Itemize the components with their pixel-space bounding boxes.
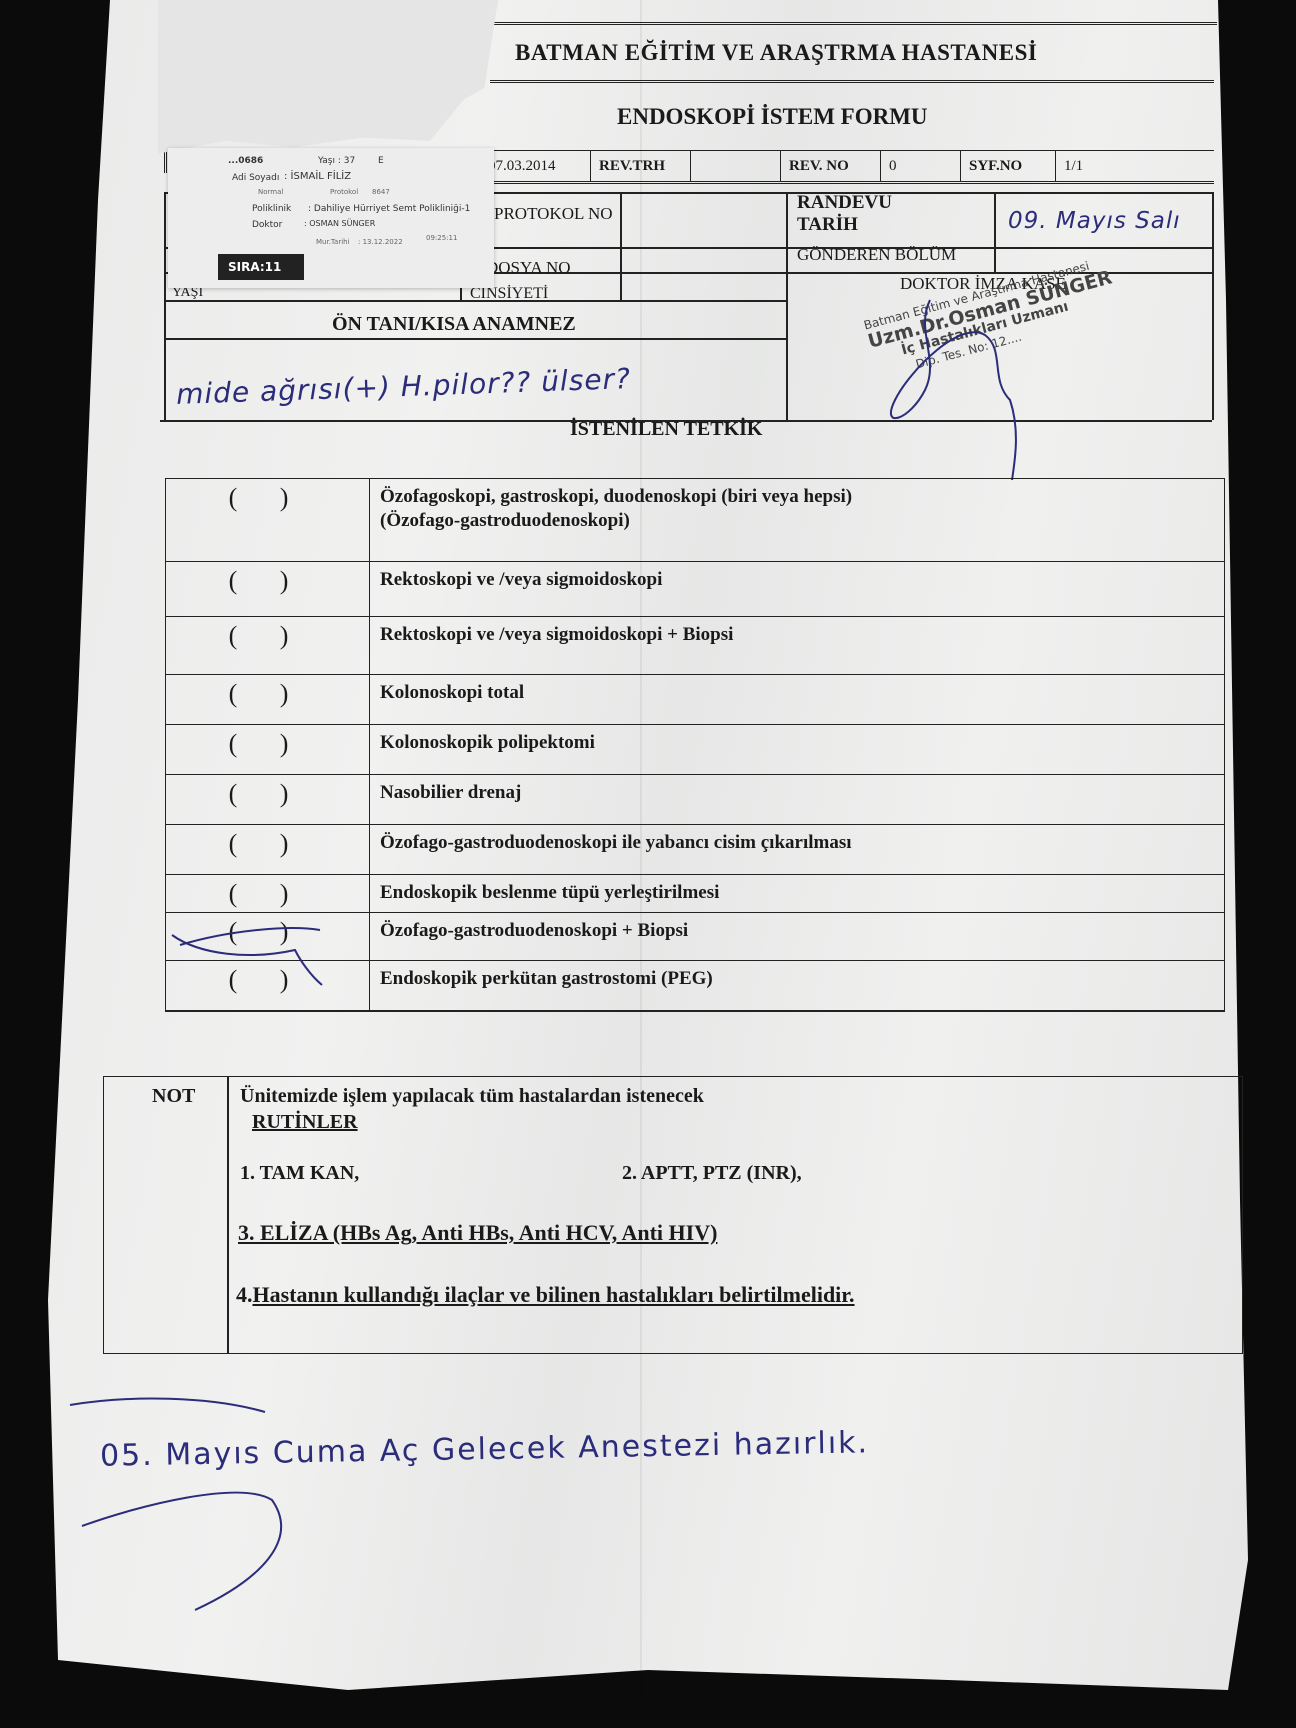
- note-intro: Ünitemizde işlem yapılacak tüm hastalard…: [240, 1085, 704, 1108]
- test-row: ( )Özofago-gastroduodenoskopi + Biopsi: [165, 912, 1225, 960]
- test-row: ( )Rektoskopi ve /veya sigmoidoskopi + B…: [165, 616, 1225, 674]
- test-checkbox[interactable]: ( ): [165, 479, 370, 561]
- test-label: Nasobilier drenaj: [380, 781, 521, 805]
- referring-dept-label: GÖNDEREN BÖLÜM: [797, 245, 956, 265]
- test-checkbox[interactable]: ( ): [165, 875, 370, 912]
- test-row: ( )Endoskopik perkütan gastrostomi (PEG): [165, 960, 1225, 1010]
- test-label: Özofago-gastroduodenoskopi ile yabancı c…: [380, 831, 852, 855]
- anamnesis-label: ÖN TANI/KISA ANAMNEZ: [332, 313, 576, 336]
- requested-tests-title: İSTENİLEN TETKİK: [570, 418, 763, 441]
- test-checkbox[interactable]: ( ): [165, 617, 370, 674]
- test-row: ( )Endoskopik beslenme tüpü yerleştirilm…: [165, 874, 1225, 912]
- test-label: Özofagoskopi, gastroskopi, duodenoskopi …: [380, 485, 852, 533]
- table-border: [1224, 775, 1226, 824]
- rev-date-value[interactable]: [690, 151, 780, 181]
- test-checkbox-checked[interactable]: ( ): [165, 913, 370, 960]
- protocol-no-label: PROTOKOL NO: [494, 204, 613, 224]
- grid-line: [786, 192, 788, 420]
- grid-line: [164, 192, 166, 420]
- test-label: Özofago-gastroduodenoskopi + Biopsi: [380, 919, 688, 943]
- test-checkbox[interactable]: ( ): [165, 725, 370, 774]
- test-label: Kolonoskopik polipektomi: [380, 731, 595, 755]
- appointment-date-value[interactable]: 09. Mayıs Salı: [1008, 208, 1181, 234]
- test-checkbox[interactable]: ( ): [165, 562, 370, 616]
- rev-date-label: REV.TRH: [590, 151, 690, 181]
- test-row: ( )Nasobilier drenaj: [165, 774, 1225, 824]
- form-title: ENDOSKOPİ İSTEM FORMU: [617, 104, 928, 130]
- queue-number-badge: SIRA:11: [218, 254, 304, 280]
- test-row: ( )Özofagoskopi, gastroskopi, duodenosko…: [165, 478, 1225, 561]
- table-border: [1224, 617, 1226, 674]
- routines-title: RUTİNLER: [252, 1111, 358, 1134]
- grid-line: [994, 192, 996, 272]
- patient-label-sticker: ...0686 Yaşı : 37 E Adi Soyadı : İSMAİL …: [168, 148, 494, 288]
- routine-item-2: 2. APTT, PTZ (INR),: [622, 1162, 802, 1185]
- test-label: Endoskopik beslenme tüpü yerleştirilmesi: [380, 881, 719, 905]
- table-border: [1224, 675, 1226, 724]
- file-no-label: DOSYA NO: [486, 258, 571, 278]
- hospital-name: BATMAN EĞİTİM VE ARAŞTRMA HASTANESİ: [515, 40, 1037, 66]
- appointment-label: RANDEVU TARİH: [797, 192, 892, 236]
- table-border: [1224, 875, 1226, 912]
- test-row: ( )Kolonoskopik polipektomi: [165, 724, 1225, 774]
- table-border: [165, 1010, 1225, 1012]
- table-border: [1224, 725, 1226, 774]
- test-checkbox[interactable]: ( ): [165, 775, 370, 824]
- note-box: NOT Ünitemizde işlem yapılacak tüm hasta…: [103, 1076, 1243, 1354]
- table-border: [1224, 825, 1226, 874]
- test-label: Endoskopik perkütan gastrostomi (PEG): [380, 967, 713, 991]
- revision-row: 07.03.2014 REV.TRH REV. NO 0 SYF.NO 1/1: [480, 150, 1214, 184]
- note-label: NOT: [152, 1085, 195, 1108]
- routine-item-4: 4.Hastanın kullandığı ilaçlar ve bilinen…: [236, 1282, 855, 1308]
- test-row: ( )Rektoskopi ve /veya sigmoidoskopi: [165, 561, 1225, 616]
- rev-no-label: REV. NO: [780, 151, 880, 181]
- test-row: ( )Kolonoskopi total: [165, 674, 1225, 724]
- note-divider: [227, 1077, 229, 1353]
- test-label: Rektoskopi ve /veya sigmoidoskopi: [380, 568, 662, 592]
- grid-line: [620, 192, 622, 302]
- patient-name: : İSMAİL FİLİZ: [284, 171, 351, 182]
- rev-no-value: 0: [880, 151, 960, 181]
- table-border: [1224, 479, 1226, 561]
- form-date: 07.03.2014: [480, 151, 590, 181]
- test-label: Rektoskopi ve /veya sigmoidoskopi + Biop…: [380, 623, 733, 647]
- grid-line: [1212, 192, 1214, 420]
- test-row: ( )Özofago-gastroduodenoskopi ile yabanc…: [165, 824, 1225, 874]
- test-checkbox[interactable]: ( ): [165, 675, 370, 724]
- grid-line: [164, 338, 786, 340]
- routine-item-3: 3. ELİZA (HBs Ag, Anti HBs, Anti HCV, An…: [238, 1220, 717, 1246]
- table-border: [1224, 562, 1226, 616]
- page-no-value: 1/1: [1055, 151, 1214, 181]
- test-label: Kolonoskopi total: [380, 681, 524, 705]
- table-border: [1224, 961, 1226, 1010]
- test-checkbox[interactable]: ( ): [165, 825, 370, 874]
- table-border: [1224, 913, 1226, 960]
- routine-item-1: 1. TAM KAN,: [240, 1162, 359, 1185]
- test-checkbox[interactable]: ( ): [165, 961, 370, 1010]
- page-no-label: SYF.NO: [960, 151, 1055, 181]
